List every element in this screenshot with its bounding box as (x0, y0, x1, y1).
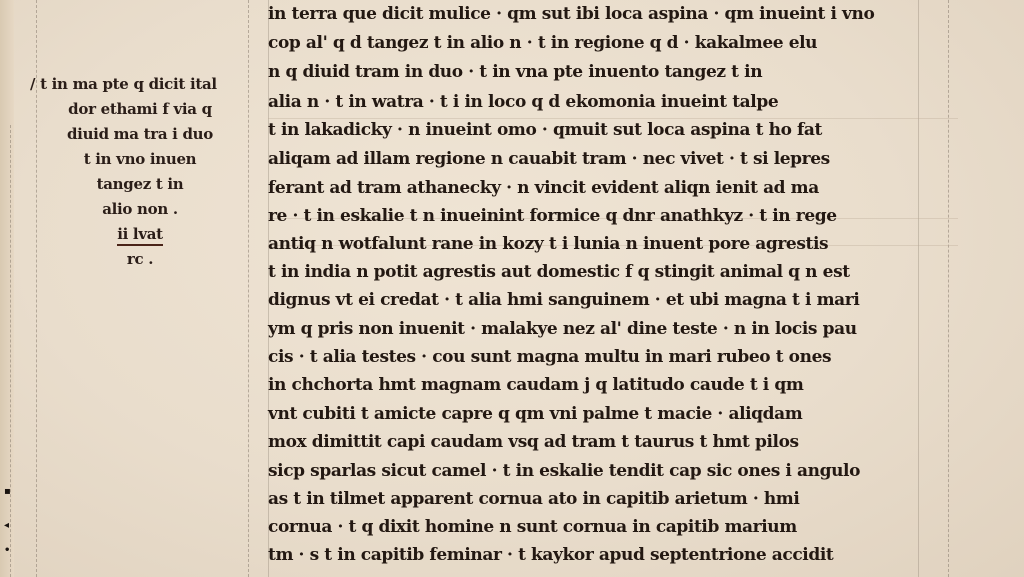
margin-mark: ◂ (4, 520, 9, 531)
text-line: n q diuid tram in duo · t in vna pte inu… (268, 56, 762, 88)
text-line: mox dimittit capi caudam vsq ad tram t t… (268, 426, 799, 458)
gloss-line: / t in ma pte q dicit ital (30, 72, 250, 97)
ruling-line (948, 0, 949, 577)
text-line: cop al' q d tangez t in alio n · t in re… (268, 27, 817, 59)
ruling-line (10, 125, 11, 577)
gloss-line: t in vno inuen (30, 147, 250, 172)
gloss-line: rc . (30, 247, 250, 272)
gloss-underlined-word: ii lvat (117, 224, 163, 246)
gloss-line: dor ethami f via q (30, 97, 250, 122)
gloss-line: alio non . (30, 197, 250, 222)
text-line: aliqam ad illam regione n cauabit tram ·… (268, 143, 830, 175)
marginal-gloss: / t in ma pte q dicit ital dor ethami f … (30, 72, 250, 272)
gloss-line: ii lvat (30, 222, 250, 247)
text-line: dignus vt ei credat · t alia hmi sanguin… (268, 284, 859, 316)
margin-mark: • (4, 545, 10, 556)
margin-mark: ▪ (4, 486, 11, 497)
text-line: in chchorta hmt magnam caudam j q latitu… (268, 369, 803, 401)
text-line: in terra que dicit mulice · qm sut ibi l… (268, 0, 874, 30)
ruling-line (918, 0, 919, 577)
manuscript-page: ▪ ◂ • / t in ma pte q dicit ital dor eth… (0, 0, 1024, 577)
gloss-line: tangez t in (30, 172, 250, 197)
text-line: tm · s t in capitib feminar · t kaykor a… (268, 539, 833, 571)
text-line: t in lakadicky · n inueint omo · qmuit s… (268, 114, 822, 146)
gloss-line: diuid ma tra i duo (30, 122, 250, 147)
